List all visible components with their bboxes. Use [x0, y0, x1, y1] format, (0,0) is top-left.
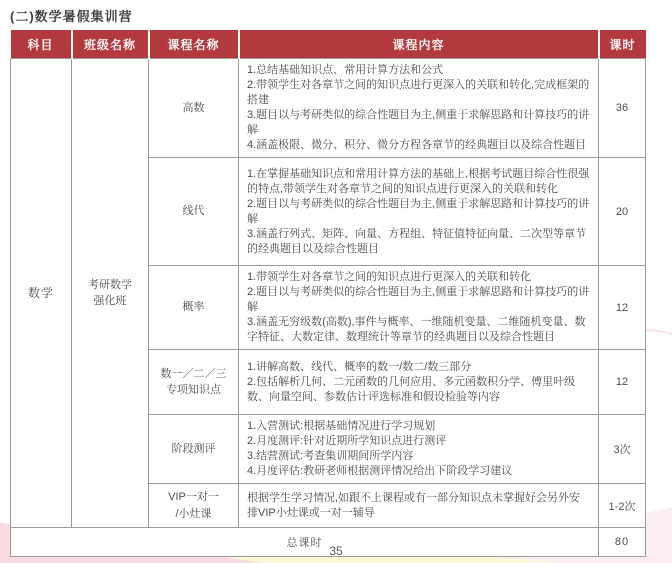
content-line: 2.包括解析几何、二元函数的几何应用、多元函数积分学、傅里叶级数、向量空间、参数…	[247, 375, 590, 405]
catalog-page: { "page": { "title": "(二)数学暑假集训营", "page…	[0, 0, 672, 563]
course-name-line: /小灶课	[150, 506, 237, 523]
content-line: 1.在掌握基础知识点和常用计算方法的基础上,根据考试题目综合性很强的特点,带领学…	[247, 167, 590, 197]
course-content-cell: 1.在掌握基础知识点和常用计算方法的基础上,根据考试题目综合性很强的特点,带领学…	[239, 158, 599, 266]
header-subject: 科目	[11, 30, 72, 59]
content-line: 2.月度测评:针对近期所学知识点进行测评	[247, 434, 590, 449]
course-name-line: VIP一对一	[150, 489, 237, 506]
class-name-line: 强化班	[73, 293, 147, 310]
content-line: 2.题目以与考研类似的综合性题目为主,侧重于求解思路和计算技巧的讲解	[247, 285, 590, 315]
class-name-line: 考研数学	[73, 277, 147, 294]
course-name-line: 概率	[150, 299, 237, 316]
course-name-cell: 线代	[149, 158, 239, 266]
header-course-name: 课程名称	[149, 30, 239, 59]
course-name-line: 阶段测评	[150, 441, 237, 458]
page-title: (二)数学暑假集训营	[10, 6, 133, 25]
content-line: 3.涵盖行列式、矩阵、向量、方程组、特征值特征向量、二次型等章节的经典题目以及综…	[247, 227, 590, 257]
content-line: 2.带领学生对各章节之间的知识点进行更深入的关联和转化,完成框架的搭建	[247, 78, 590, 108]
content-line: 2.题目以与考研类似的综合性题目为主,侧重于求解思路和计算技巧的讲解	[247, 197, 590, 227]
course-content-cell: 1.讲解高数、线代、概率的数一/数二/数三部分 2.包括解析几何、二元函数的几何…	[239, 350, 599, 415]
hours-cell: 12	[599, 266, 646, 350]
hours-cell: 1-2次	[599, 484, 646, 528]
page-number: 35	[0, 544, 672, 558]
course-name-line: 数一／二／三	[150, 366, 237, 383]
hours-cell: 36	[599, 59, 646, 158]
subject-cell: 数学	[11, 59, 72, 528]
content-line: 1.带领学生对各章节之间的知识点进行更深入的关联和转化	[247, 270, 590, 285]
hours-cell: 12	[599, 350, 646, 415]
content-line: 根据学生学习情况,如跟不上课程或有一部分知识点未掌握好会另外安排VIP小灶课或一…	[247, 491, 590, 521]
course-name-cell: 数一／二／三 专项知识点	[149, 350, 239, 415]
course-name-line: 专项知识点	[150, 382, 237, 399]
hours-cell: 3次	[599, 415, 646, 484]
content-line: 1.入营测试:根据基础情况进行学习规划	[247, 419, 590, 434]
content-line: 3.涵盖无穷级数(高数),事件与概率、一维随机变量、二维随机变量、数字特征、大数…	[247, 315, 590, 345]
hours-cell: 20	[599, 158, 646, 266]
course-name-cell: VIP一对一 /小灶课	[149, 484, 239, 528]
content-line: 4.月度评估:教研老师根据测评情况给出下阶段学习建议	[247, 464, 590, 479]
table-row: 数学 考研数学 强化班 高数 1.总结基础知识点、常用计算方法和公式 2.带领学…	[11, 59, 646, 158]
content-line: 4.涵盖极限、微分、积分、微分方程各章节的经典题目以及综合性题目	[247, 138, 590, 153]
class-name-cell: 考研数学 强化班	[72, 59, 149, 528]
content-line: 3.结营测试:考查集训期间所学内容	[247, 449, 590, 464]
header-hours: 课时	[599, 30, 646, 59]
course-name-cell: 高数	[149, 59, 239, 158]
table-header: 科目 班级名称 课程名称 课程内容 课时	[11, 30, 646, 59]
header-course-content: 课程内容	[239, 30, 599, 59]
content-line: 1.讲解高数、线代、概率的数一/数二/数三部分	[247, 360, 590, 375]
content-line: 1.总结基础知识点、常用计算方法和公式	[247, 63, 590, 78]
course-name-line: 线代	[150, 203, 237, 220]
content-line: 3.题目以与考研类似的综合性题目为主,侧重于求解思路和计算技巧的讲解	[247, 108, 590, 138]
course-content-cell: 1.总结基础知识点、常用计算方法和公式 2.带领学生对各章节之间的知识点进行更深…	[239, 59, 599, 158]
course-name-cell: 阶段测评	[149, 415, 239, 484]
header-row: 科目 班级名称 课程名称 课程内容 课时	[11, 30, 646, 59]
header-class-name: 班级名称	[72, 30, 149, 59]
course-schedule-table: 科目 班级名称 课程名称 课程内容 课时 数学 考研数学 强化班 高数 1.总结…	[10, 30, 646, 557]
course-name-line: 高数	[150, 100, 237, 117]
course-content-cell: 1.带领学生对各章节之间的知识点进行更深入的关联和转化 2.题目以与考研类似的综…	[239, 266, 599, 350]
table-body: 数学 考研数学 强化班 高数 1.总结基础知识点、常用计算方法和公式 2.带领学…	[11, 59, 646, 557]
course-content-cell: 根据学生学习情况,如跟不上课程或有一部分知识点未掌握好会另外安排VIP小灶课或一…	[239, 484, 599, 528]
course-content-cell: 1.入营测试:根据基础情况进行学习规划 2.月度测评:针对近期所学知识点进行测评…	[239, 415, 599, 484]
course-name-cell: 概率	[149, 266, 239, 350]
